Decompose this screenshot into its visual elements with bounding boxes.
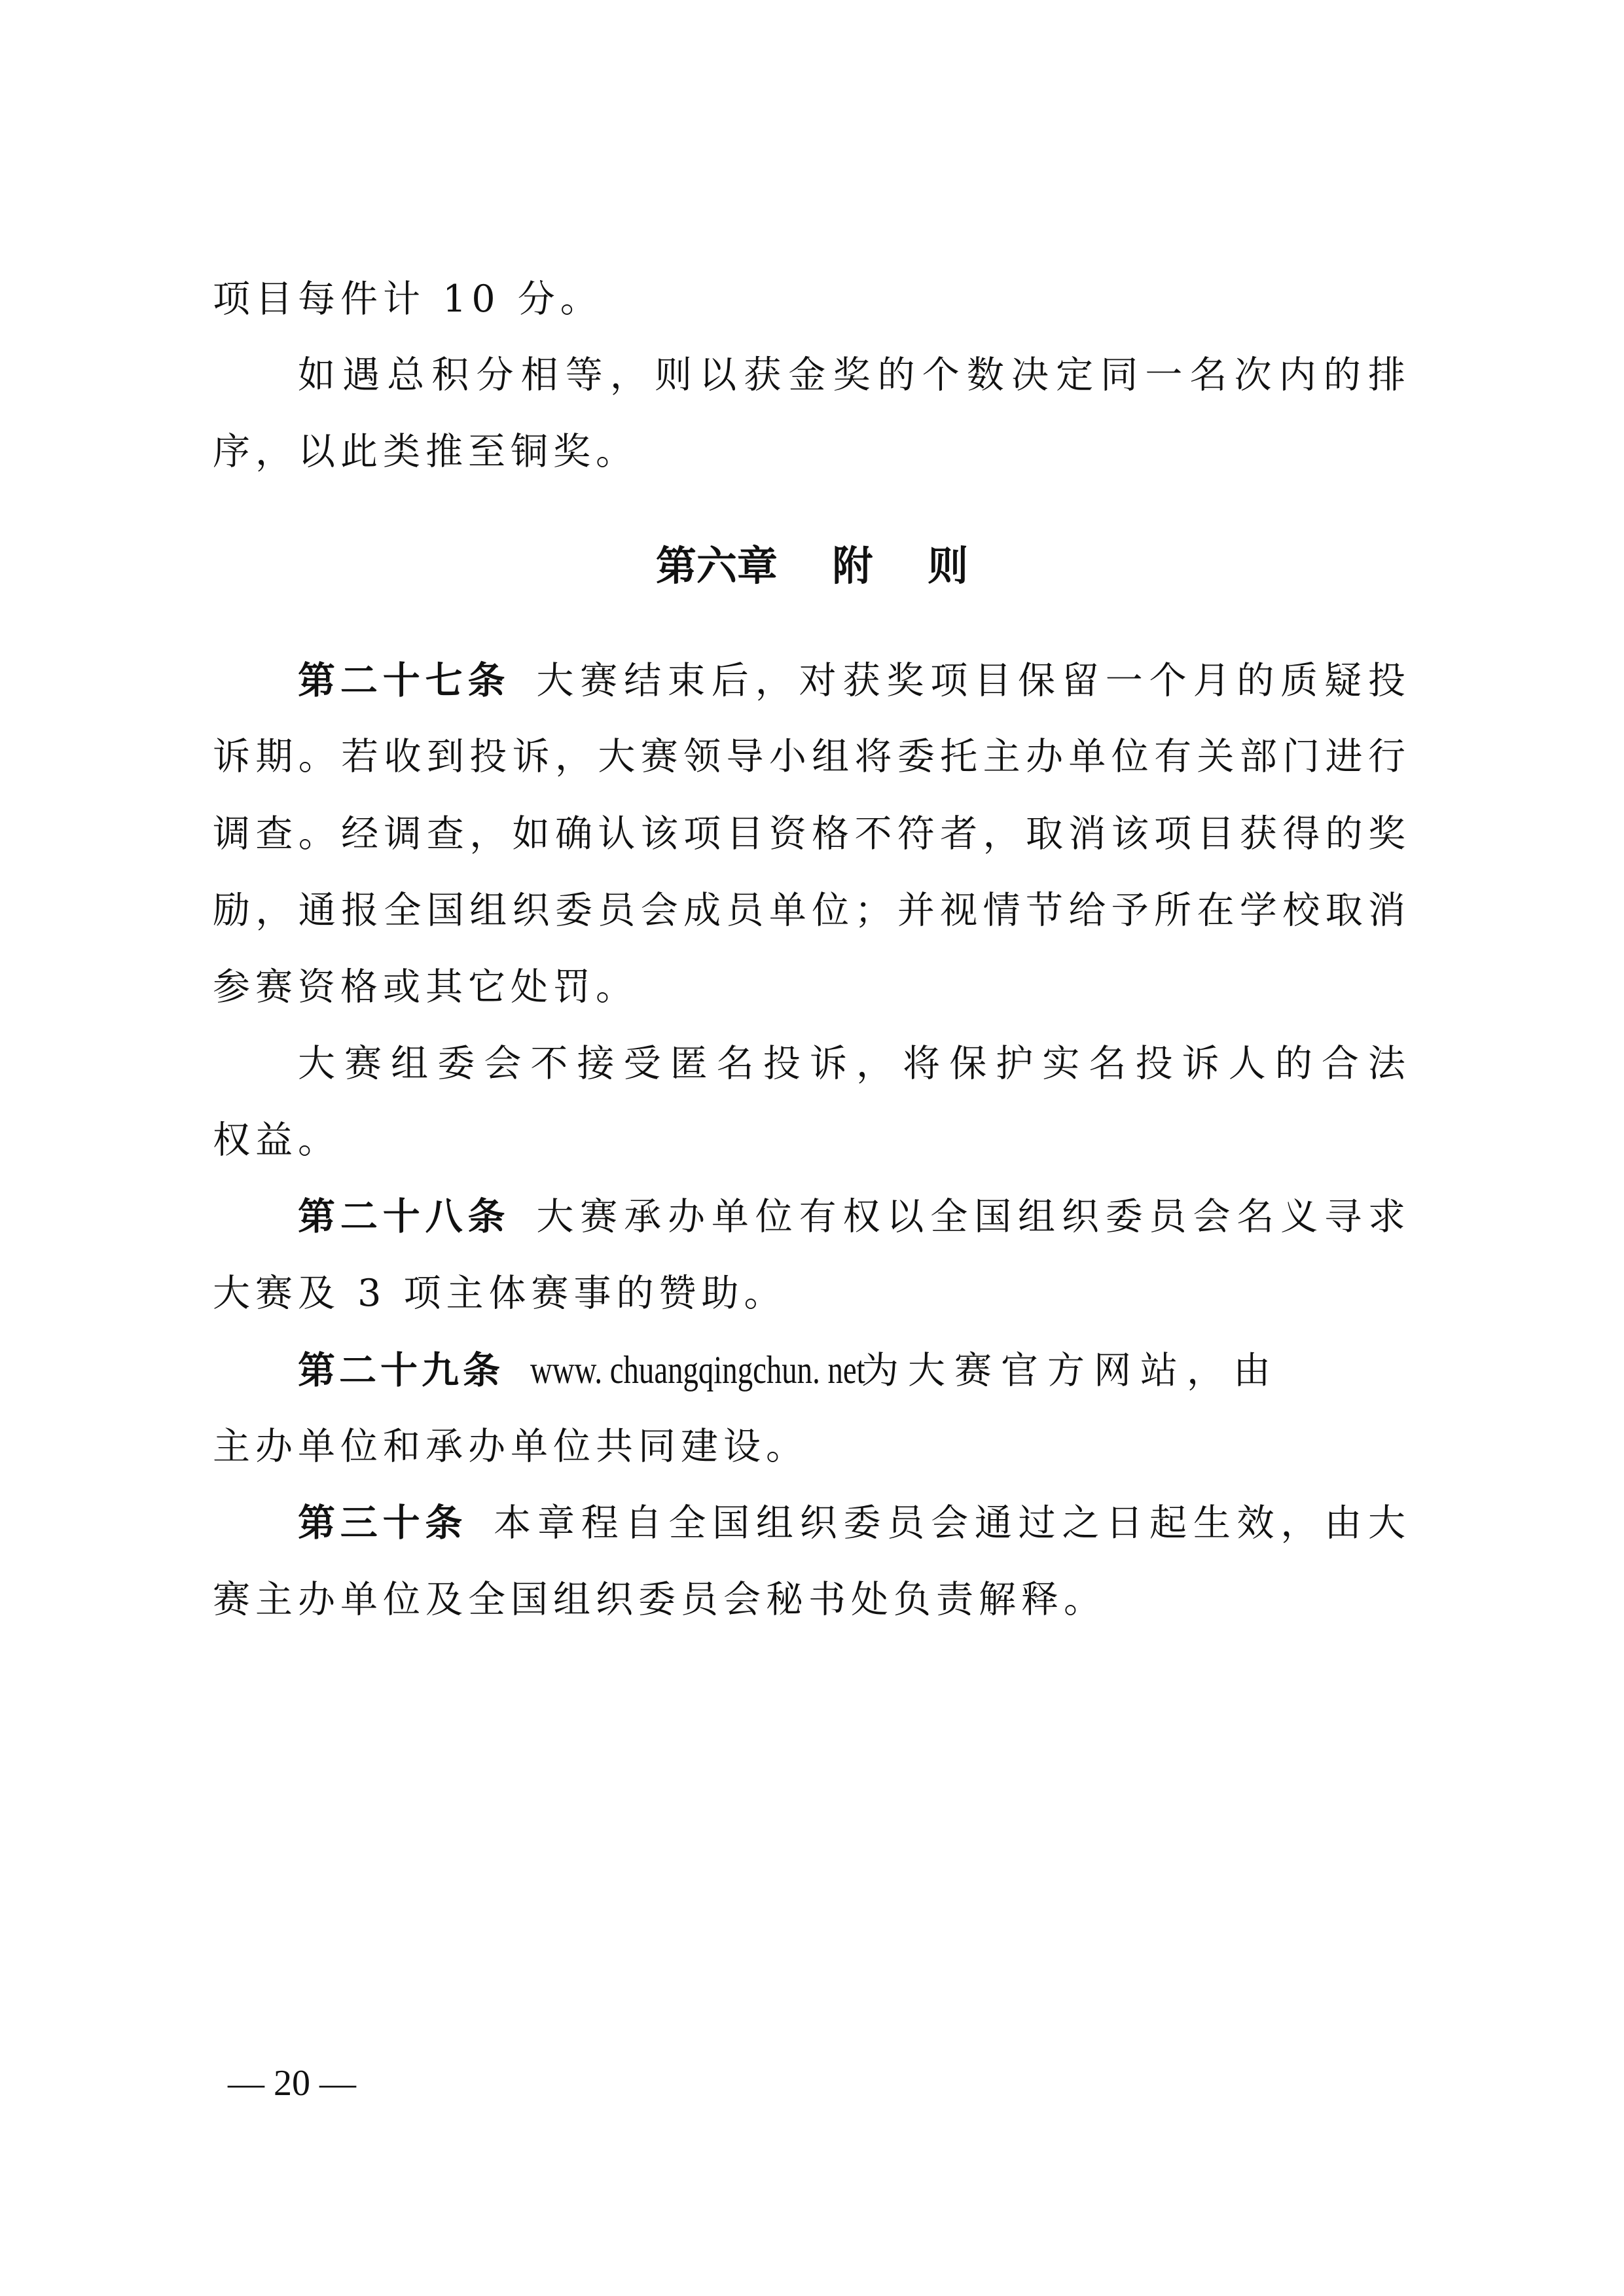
article-text: 大赛结束后，对获奖项目保留一个月的质疑投	[536, 659, 1411, 702]
page-number: — 20 —	[228, 2062, 356, 2105]
article-text: 为大赛官方网站，由	[861, 1349, 1280, 1392]
paragraph-line: 大赛组委会不接受匿名投诉，将保护实名投诉人的合法	[298, 1037, 1411, 1090]
article-label: 第二十七条	[298, 659, 510, 702]
paragraph-line: 调查。经调查，如确认该项目资格不符者，取消该项目获得的奖	[213, 808, 1411, 860]
article-label: 第三十条	[298, 1501, 467, 1545]
paragraph-line: 赛主办单位及全国组织委员会秘书处负责解释。	[213, 1573, 1411, 1626]
paragraph-line: 励，通报全国组织委员会成员单位；并视情节给予所在学校取消	[213, 884, 1411, 937]
article-28-line-1: 第二十八条大赛承办单位有权以全国组织委员会名义寻求	[298, 1191, 1411, 1243]
paragraph-line: 大赛及 3 项主体赛事的赞助。	[213, 1267, 1411, 1319]
article-label: 第二十九条	[298, 1349, 504, 1392]
chapter-heading: 第六章 附 则	[0, 538, 1624, 594]
article-27-line-1: 第二十七条大赛结束后，对获奖项目保留一个月的质疑投	[298, 655, 1411, 707]
article-30-line-1: 第三十条本章程自全国组织委员会通过之日起生效，由大	[298, 1497, 1411, 1549]
document-page: 项目每件计 10 分。 如遇总积分相等，则以获金奖的个数决定同一名次内的排 序，…	[0, 0, 1624, 2296]
article-label: 第二十八条	[298, 1195, 510, 1238]
article-text: 本章程自全国组织委员会通过之日起生效，由大	[494, 1501, 1411, 1545]
paragraph-line: 项目每件计 10 分。	[213, 273, 1411, 325]
paragraph-line: 参赛资格或其它处罚。	[213, 961, 1411, 1013]
paragraph-line: 诉期。若收到投诉，大赛领导小组将委托主办单位有关部门进行	[213, 730, 1411, 783]
article-text: 大赛承办单位有权以全国组织委员会名义寻求	[536, 1195, 1411, 1238]
paragraph-line: 序，以此类推至铜奖。	[213, 425, 1411, 478]
website-url[interactable]: www. chuangqingchun. net	[530, 1344, 865, 1396]
paragraph-line: 主办单位和承办单位共同建设。	[213, 1420, 1411, 1473]
paragraph-line: 权益。	[213, 1114, 1411, 1166]
article-29-line-1: 第二十九条www. chuangqingchun. net为大赛官方网站，由	[298, 1344, 1411, 1396]
paragraph-line: 如遇总积分相等，则以获金奖的个数决定同一名次内的排	[298, 349, 1411, 401]
